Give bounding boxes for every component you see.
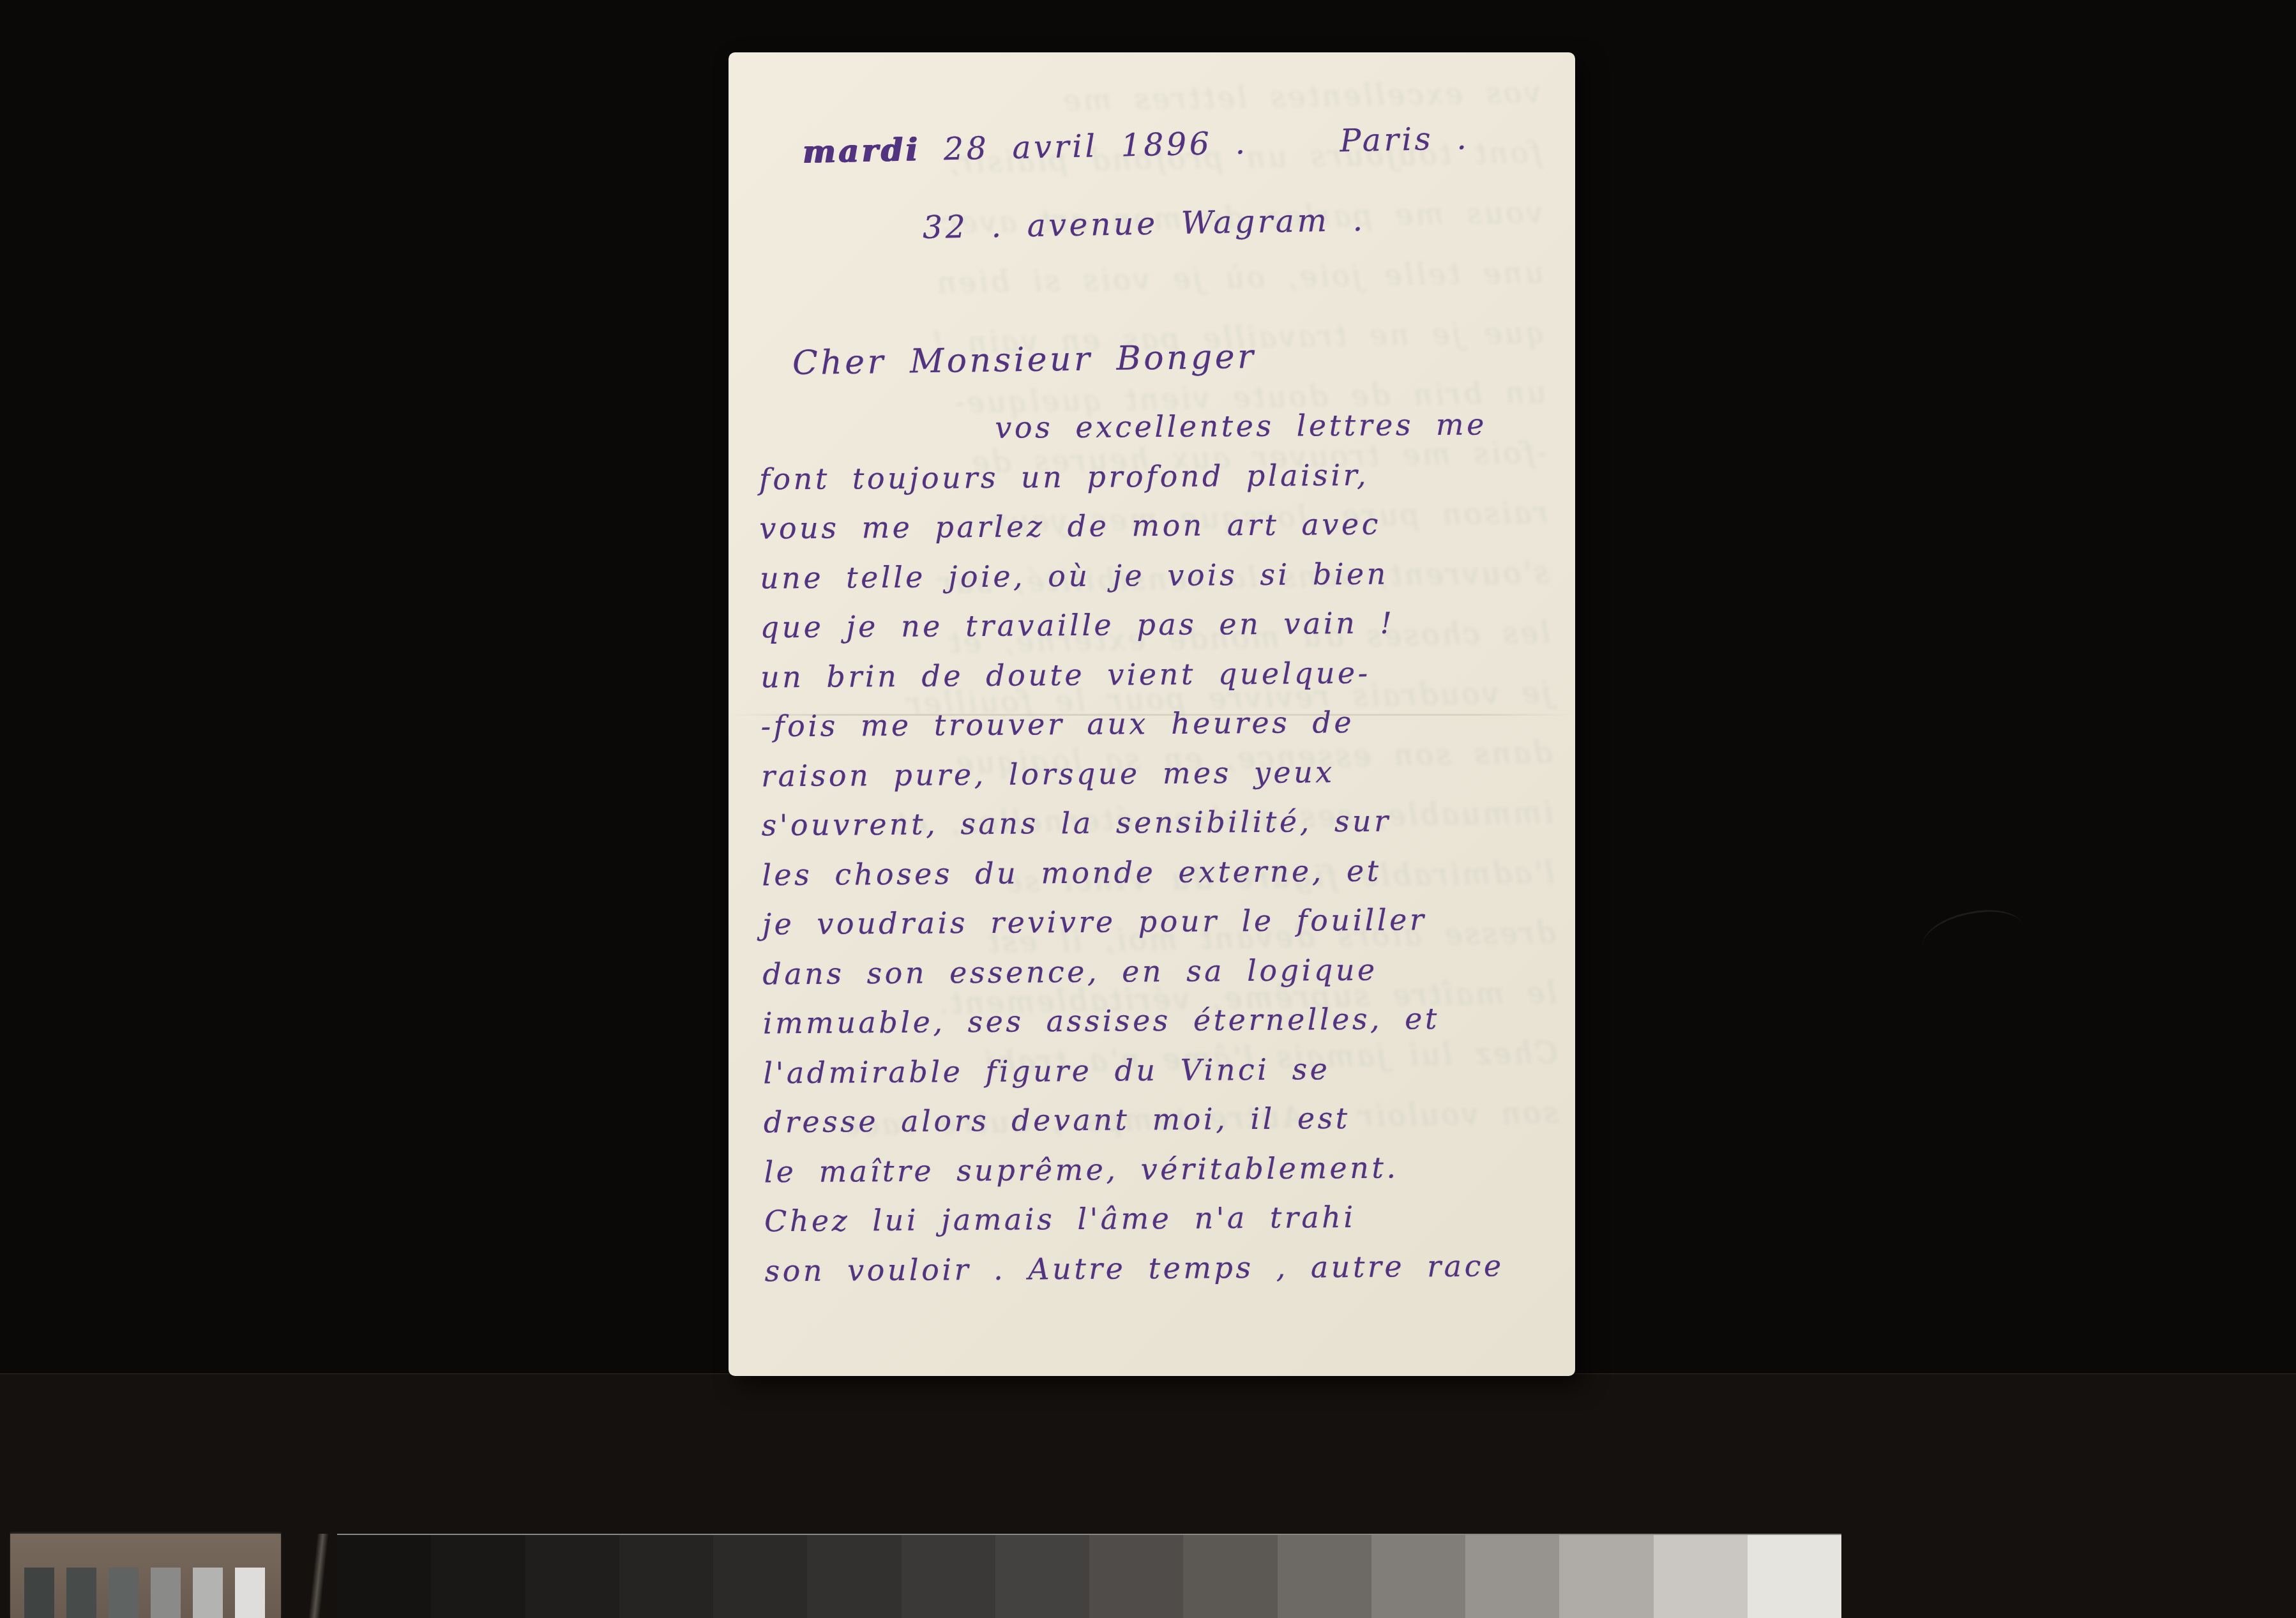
wedge-step <box>619 1535 713 1618</box>
handwritten-line: l'admirable figure du Vinci se <box>763 1043 1569 1098</box>
handwritten-line: s'ouvrent, sans la sensibilité, sur <box>761 796 1567 851</box>
gray-patch <box>235 1568 265 1618</box>
handwritten-line: que je ne travaille pas en vain ! <box>760 598 1566 653</box>
handwritten-line: immuable, ses assises éternelles, et <box>763 994 1569 1048</box>
wedge-step <box>1748 1535 1841 1618</box>
handwritten-line: le maître suprême, véritablement. <box>764 1142 1570 1197</box>
grayscale-wedge <box>337 1534 1841 1618</box>
wedge-step <box>337 1535 431 1618</box>
wedge-step <box>995 1535 1089 1618</box>
gray-patch <box>24 1568 54 1618</box>
wedge-step <box>1183 1535 1277 1618</box>
wedge-step <box>431 1535 525 1618</box>
handwritten-line: son vouloir . Autre temps , autre race <box>764 1241 1571 1296</box>
date-line: mardi 28 avril 1896 . Paris . <box>803 119 1470 170</box>
place-text: Paris . <box>1340 120 1470 159</box>
scan-background: vos excellentes lettres mefont toujours … <box>0 0 2296 1618</box>
verso-line: une telle joie, où je vois si bien <box>745 242 1544 316</box>
wedge-step <box>1371 1535 1465 1618</box>
wedge-step <box>1559 1535 1653 1618</box>
handwritten-line: font toujours un profond plaisir, <box>759 449 1566 504</box>
handwritten-line: vous me parlez de mon art avec <box>759 499 1566 554</box>
handwritten-line: raison pure, lorsque mes yeux <box>761 746 1567 801</box>
wedge-step <box>1278 1535 1371 1618</box>
date-text: 28 avril 1896 . <box>943 125 1248 167</box>
wedge-step <box>1089 1535 1183 1618</box>
handwritten-line: dresse alors devant moi, il est <box>764 1093 1570 1147</box>
handwritten-line: un brin de doute vient quelque- <box>760 647 1567 702</box>
calibration-card <box>10 1534 281 1618</box>
handwritten-line: Chez lui jamais l'âme n'a trahi <box>764 1191 1571 1246</box>
gray-patch <box>193 1568 223 1618</box>
letter-body: vos excellentes lettres mefont toujours … <box>759 400 1571 1296</box>
wedge-step <box>902 1535 995 1618</box>
gray-patch <box>66 1568 96 1618</box>
handwritten-line: dans son essence, en sa logique <box>762 944 1569 999</box>
scratch-mark <box>1918 902 2028 971</box>
wedge-step <box>713 1535 807 1618</box>
wedge-step <box>1654 1535 1748 1618</box>
wedge-step <box>1465 1535 1559 1618</box>
salutation: Cher Monsieur Bonger <box>792 338 1257 382</box>
address-line: 32 . avenue Wagram . <box>923 202 1366 246</box>
handwritten-line: je voudrais revivre pour le fouiller <box>762 895 1569 949</box>
letter-page: vos excellentes lettres mefont toujours … <box>729 52 1575 1376</box>
gray-patch <box>151 1568 181 1618</box>
handwritten-line: vos excellentes lettres me <box>759 400 1565 455</box>
weekday-overwritten: mardi <box>803 131 921 170</box>
calibration-patches <box>24 1568 265 1618</box>
gray-patch <box>109 1568 139 1618</box>
handwritten-line: -fois me trouver aux heures de <box>760 697 1567 752</box>
handwritten-line: les choses du monde externe, et <box>762 845 1568 900</box>
handwritten-line: une telle joie, où je vois si bien <box>760 548 1566 603</box>
wedge-step <box>525 1535 619 1618</box>
wedge-step <box>807 1535 901 1618</box>
